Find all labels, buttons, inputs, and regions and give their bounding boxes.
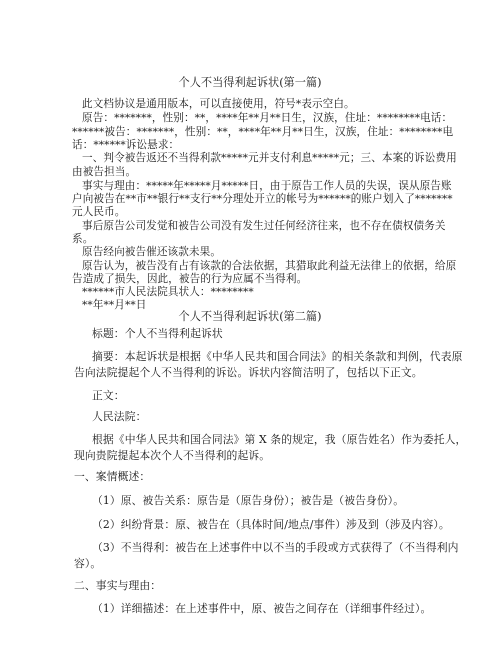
doc2-line: （3）不当得利：被告在上述事件中以不当的手段或方式获得了（不当得利内 bbox=[92, 541, 459, 554]
doc1-line: 系。 bbox=[72, 233, 93, 246]
doc1-line: 元人民币。 bbox=[72, 206, 125, 219]
doc2-title: 个人不当得利起诉状(第二篇) bbox=[0, 310, 500, 324]
doc2-line: 标题：个人不当得利起诉状 bbox=[92, 327, 223, 340]
doc1-line: 由被告担当。 bbox=[72, 166, 136, 179]
doc1-line: 告造成了损失，因此，被告的行为应属不当得利。 bbox=[72, 273, 307, 286]
doc1-line: 此文档协议是通用版本，可以直接使用，符号*表示空白。 bbox=[82, 98, 355, 111]
doc1-line: 户向被告在**市**银行**支行**分理处开立的帐号为******的账户划入了*… bbox=[72, 193, 453, 206]
doc1-line: 事后原告公司发觉和被告公司没有发生过任何经济往来，也不存在债权债务关 bbox=[82, 220, 446, 233]
doc1-title: 个人不当得利起诉状(第一篇) bbox=[0, 76, 500, 90]
doc1-line: 话：******诉讼悬求： bbox=[72, 139, 179, 152]
doc2-section-heading: 二、事实与理由： bbox=[74, 579, 161, 592]
doc2-line: （1）原、被告关系：原告是（原告身份）；被告是（被告身份）。 bbox=[92, 494, 404, 507]
doc2-line: （1）详细描述：在上述事件中，原、被告之间存在（详细事件经过）。 bbox=[92, 602, 431, 615]
doc2-line: 根据《中华人民共和国合同法》第 X 条的规定，我（原告姓名）作为委托人， bbox=[92, 433, 466, 446]
doc2-line: 摘要：本起诉状是根据《中华人民共和国合同法》的相关条款和判例，代表原 bbox=[92, 350, 463, 363]
doc2-line: 人民法院： bbox=[92, 410, 146, 423]
doc2-line: 容）。 bbox=[74, 557, 101, 570]
doc1-line: 原告经向被告催还该款未果。 bbox=[82, 246, 221, 259]
doc2-line: 告向法院提起个人不当得利的诉讼。诉状内容简洁明了，包括以下正文。 bbox=[74, 366, 423, 379]
doc2-line: 正文： bbox=[92, 389, 125, 402]
document-page: 个人不当得利起诉状(第一篇) 此文档协议是通用版本，可以直接使用，符号*表示空白… bbox=[0, 0, 500, 647]
doc2-line: 现向贵院提起本次个人不当得利的起诉。 bbox=[74, 449, 270, 462]
doc1-line: ******被告：*******，性别：**，****年**月**日生，汉族，住… bbox=[72, 126, 453, 139]
doc2-line: （2）纠纷背景：原、被告在（具体时间/地点/事件）涉及到（涉及内容）。 bbox=[92, 518, 450, 531]
doc1-signature-line: ******市人民法院具状人：******** bbox=[82, 286, 254, 299]
doc2-section-heading: 一、案情概述： bbox=[74, 470, 150, 483]
doc1-line: 事实与理由：*****年*****月*****日，由于原告工作人员的失误，误从原… bbox=[82, 180, 452, 193]
doc1-line: 原告：*******，性别：**，****年**月**日生，汉族，住址：****… bbox=[82, 112, 452, 125]
doc1-line: 原告认为，被告没有占有该款的合法依据，其猎取此利益无法律上的依据，给原 bbox=[82, 260, 456, 273]
doc1-line: 一、判令被告返还不当得利款*****元并支付利息*****元；三、本案的诉讼费用 bbox=[82, 152, 457, 165]
